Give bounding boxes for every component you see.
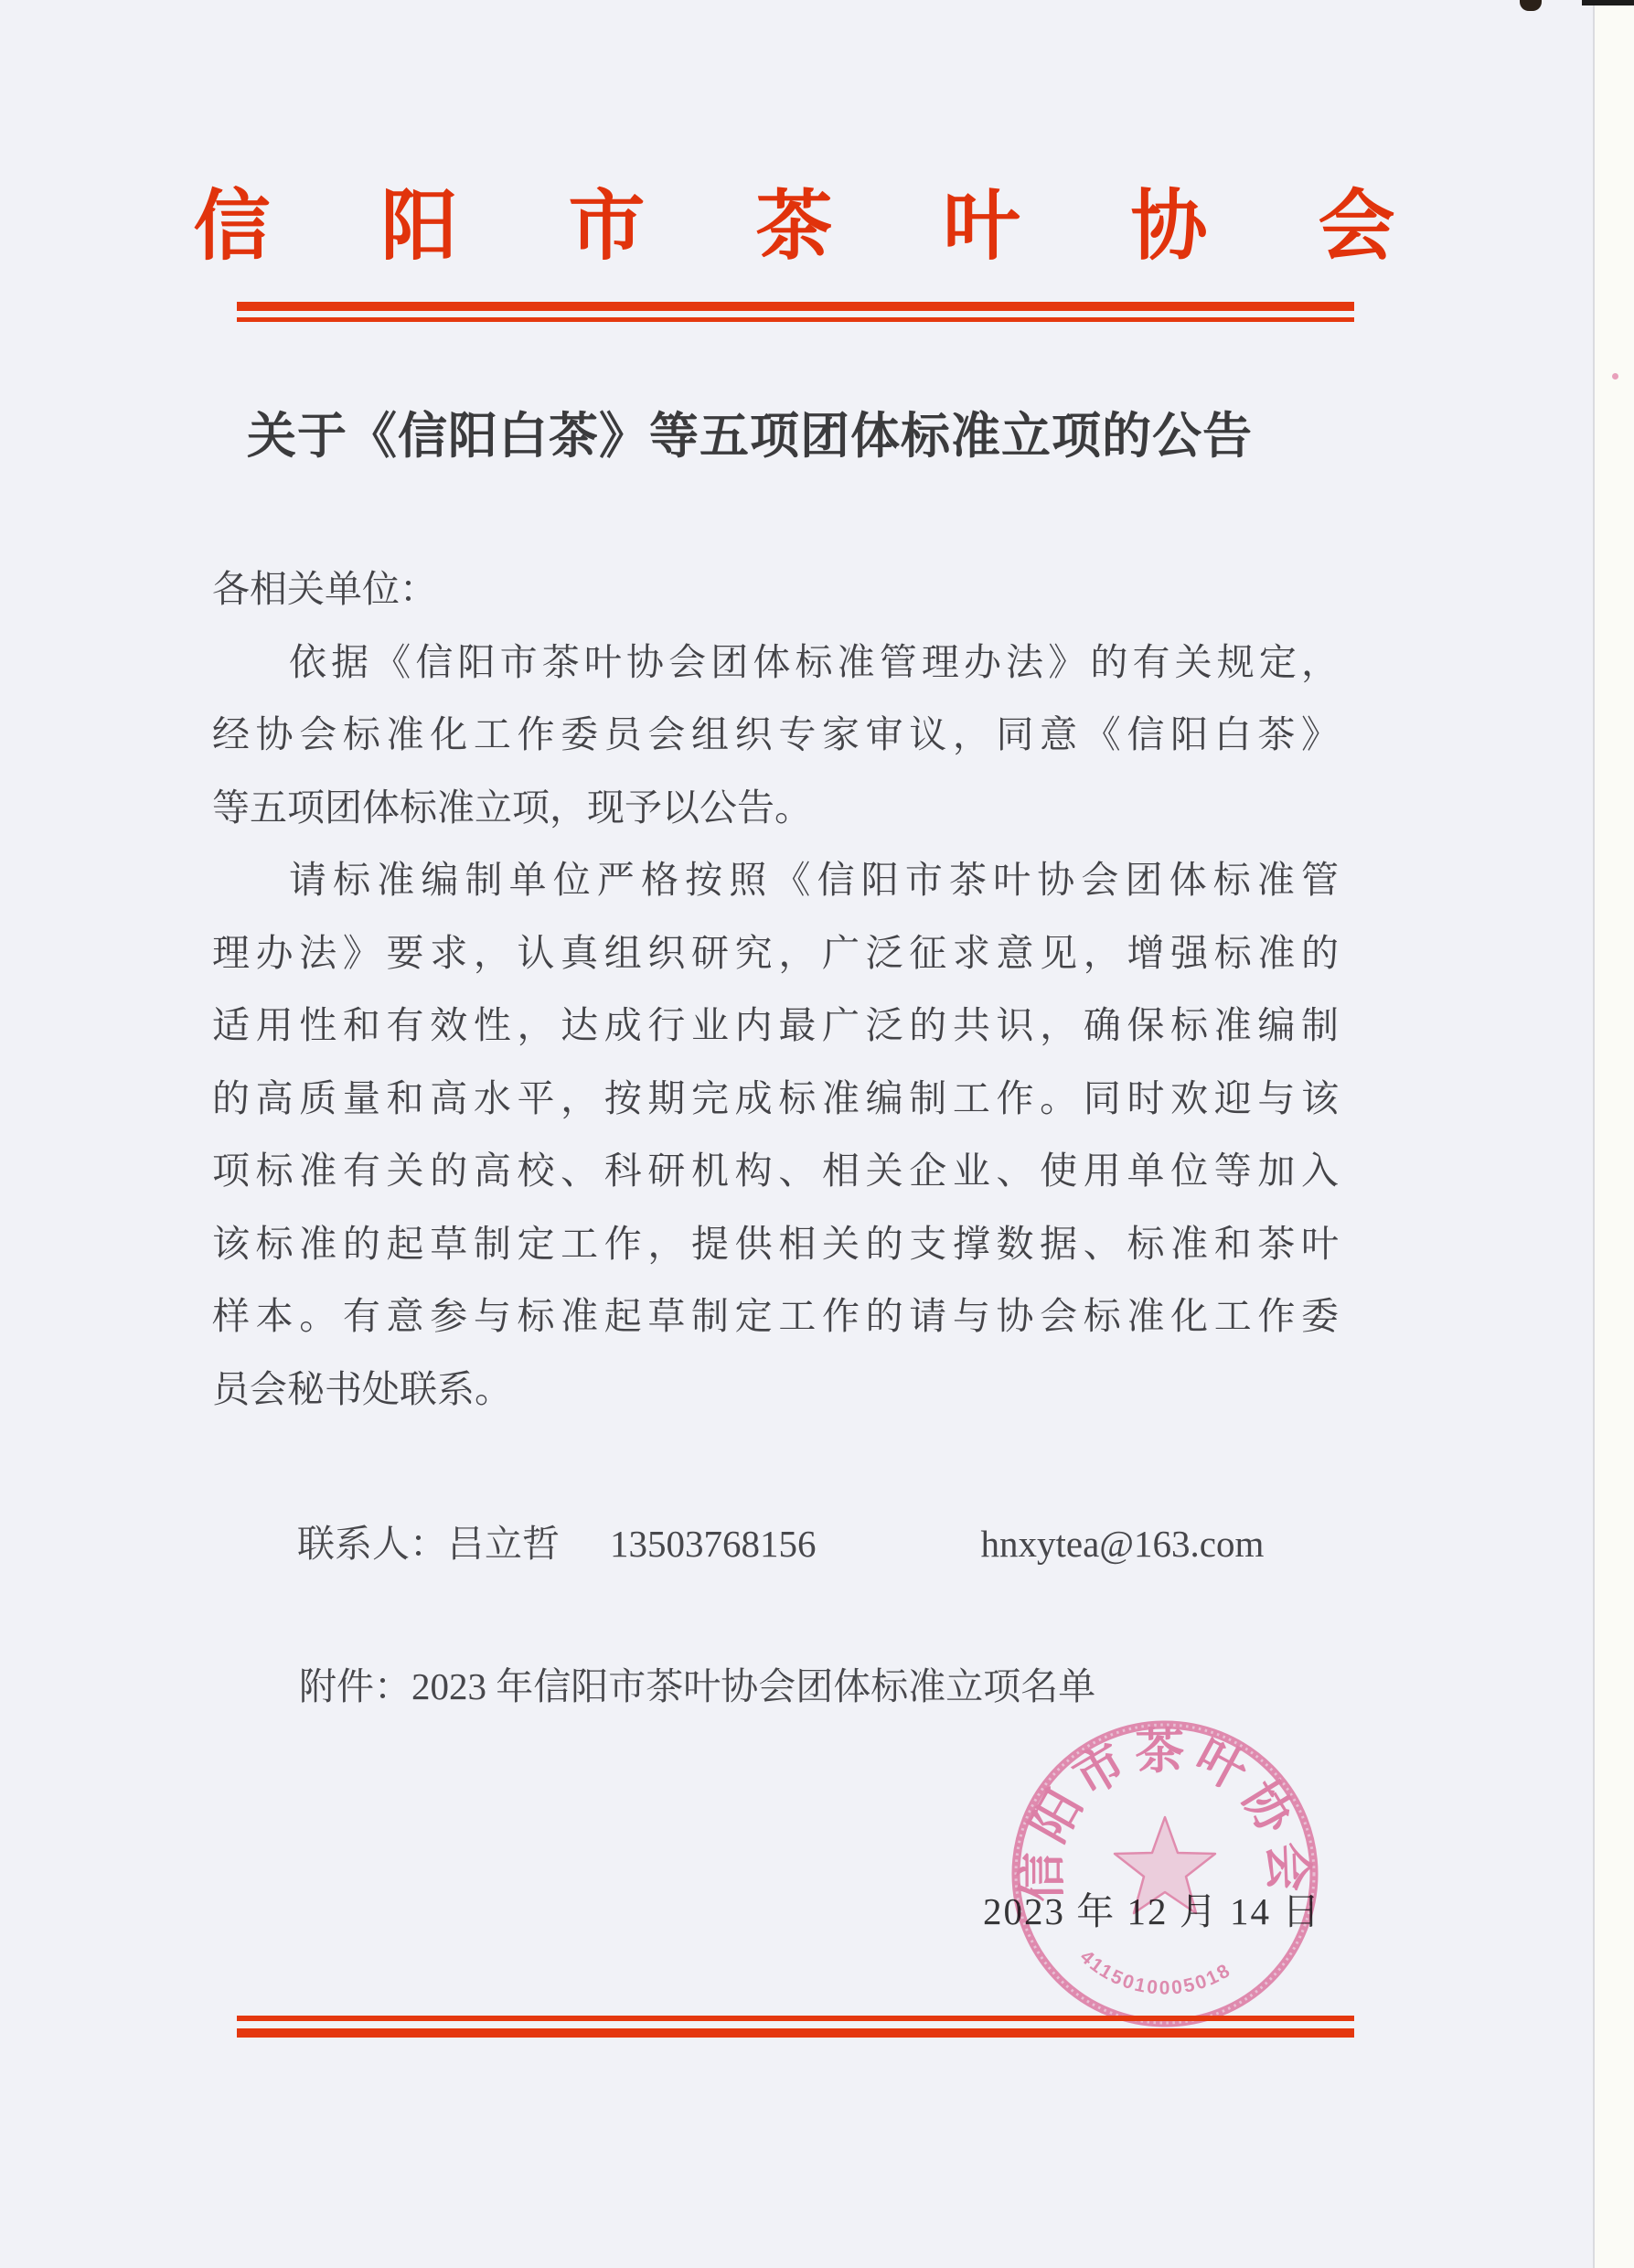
document-body: 各相关单位： 依据《信阳市茶叶协会团体标准管理办法》的有关规定， 经协会标准化工… <box>212 553 1339 1426</box>
body-line: 样本。有意参与标准起草制定工作的请与协会标准化工作委 <box>212 1280 1339 1353</box>
contact-email: hnxytea@163.com <box>981 1523 1265 1565</box>
letterhead-org-name: 信 阳 市 茶 叶 协 会 <box>0 187 1634 268</box>
body-line: 请标准编制单位严格按照《信阳市茶叶协会团体标准管 <box>212 844 1339 917</box>
body-line: 项标准有关的高校、科研机构、相关企业、使用单位等加入 <box>212 1135 1339 1208</box>
scan-artifact <box>1520 0 1542 11</box>
body-line: 经协会标准化工作委员会组织专家审议，同意《信阳白茶》 <box>212 699 1339 772</box>
body-line: 适用性和有效性，达成行业内最广泛的共识，确保标准编制 <box>212 990 1339 1063</box>
contact-row: 联系人：吕立哲13503768156hnxytea@163.com <box>297 1514 1264 1567</box>
body-line: 等五项团体标准立项，现予以公告。 <box>212 772 1339 845</box>
seal-ring-text-arc: 信阳市茶叶协会 <box>1015 1724 1316 1902</box>
body-line: 理办法》要求，认真组织研究，广泛征求意见，增强标准的 <box>212 917 1339 990</box>
scan-artifact <box>1612 373 1618 380</box>
official-seal: 信阳市茶叶协会 4115010005018 <box>1008 1717 1322 2031</box>
date-line: 2023 年 12 月 14 日 <box>983 1881 1321 1935</box>
document-title: 关于《信阳白茶》等五项团体标准立项的公告 <box>192 397 1308 467</box>
seal-graphic: 信阳市茶叶协会 4115010005018 <box>1008 1717 1322 2031</box>
body-line: 的高质量和高水平，按期完成标准编制工作。同时欢迎与该 <box>212 1063 1339 1136</box>
seal-ring <box>1016 1725 1314 2023</box>
seal-code: 4115010005018 <box>1076 1946 1235 1998</box>
footer-rule-thin <box>237 2016 1354 2021</box>
footer-rule-thick <box>237 2028 1354 2038</box>
body-line: 依据《信阳市茶叶协会团体标准管理办法》的有关规定， <box>212 626 1339 700</box>
seal-code-arc: 4115010005018 <box>1076 1946 1235 1998</box>
attachment-line: 附件：2023 年信阳市茶叶协会团体标准立项名单 <box>299 1656 1095 1710</box>
contact-person: 联系人：吕立哲 <box>297 1523 560 1565</box>
scanned-document-page: 信 阳 市 茶 叶 协 会 关于《信阳白茶》等五项团体标准立项的公告 各相关单位… <box>0 0 1634 2268</box>
scan-artifact <box>1582 0 1634 5</box>
salutation-line: 各相关单位： <box>212 553 1339 626</box>
letterhead-rule-thick <box>237 302 1354 311</box>
seal-ring-text: 信阳市茶叶协会 <box>1015 1724 1316 1902</box>
seal-ring-texture <box>1016 1725 1314 2023</box>
contact-phone: 13503768156 <box>610 1523 817 1565</box>
letterhead-rule-thin <box>237 317 1354 322</box>
scan-edge-strip <box>1593 0 1634 2268</box>
body-line: 员会秘书处联系。 <box>212 1353 1339 1427</box>
body-line: 该标准的起草制定工作，提供相关的支撑数据、标准和茶叶 <box>212 1208 1339 1281</box>
